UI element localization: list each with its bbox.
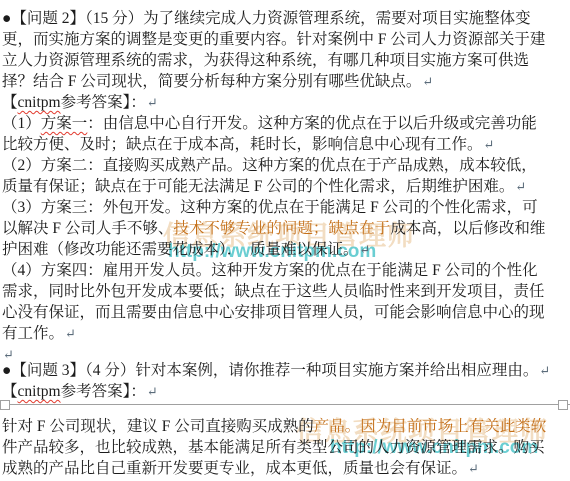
text-segment: 需求，同时比外包开发成本要低；缺点在于这些人员临时性来到开发项目，责任 — [2, 283, 545, 300]
text-segment: 立人力资源管理系统的需求，为获得这种系统，有哪几种项目实施方案可供选 — [2, 52, 529, 69]
text-line: 成熟的产品比自己重新开发要更专业，成本更低，质量也会有保证。↵ — [2, 460, 479, 477]
paragraph-mark-icon: ↵ — [421, 74, 433, 89]
text-segment: 针对 F 公司现状，建议 F 公司直接购买成熟的 — [2, 418, 314, 435]
text-line: 件产品较多，也比较成熟，基本能满足所有类型公司的人力资源管理需求。购买 — [2, 439, 545, 456]
text-segment: 【 — [2, 383, 18, 400]
text-line: 立人力资源管理系统的需求，为获得这种系统，有哪几种项目实施方案可供选 — [2, 52, 529, 69]
document-page: 信息系统项目管理师 http://www.cnitpm.com 信息系统项目管理… — [0, 0, 570, 481]
text-segment: （3）方案三：外包开发。这种方案的优点在于能满足 F 公司的个性化需求，可 — [2, 199, 538, 216]
paragraph-mark-icon: ↵ — [2, 347, 14, 362]
text-segment: 有工作。 — [2, 325, 64, 342]
text-segment: 件产品较多，也比较成熟，基本能满足所有类型公司的人力资源管理需求。购买 — [2, 439, 545, 456]
paragraph-mark-icon: ↵ — [467, 461, 479, 476]
text-line: ●【问题 2】（15 分）为了继续完成人力资源管理系统，需要对项目实施整体变 — [2, 10, 531, 27]
text-line: （3）方案三：外包开发。这种方案的优点在于能满足 F 公司的个性化需求，可 — [2, 199, 538, 216]
text-segment: 【 — [2, 94, 18, 111]
resize-handle-right[interactable] — [558, 400, 568, 410]
text-segment: 护困难（修改功能还需要花成本）． 质量难以保证。 — [2, 241, 359, 258]
text-line: ●【问题 3】（4 分）针对本案例，请你推荐一种项目实施方案并给出相应理由。↵ — [2, 362, 550, 379]
text-line: 针对 F 公司现状，建议 F 公司直接购买成熟的产品。因为目前市场上有关此类软 — [2, 418, 546, 435]
text-line: 【cnitpm参考答案】：↵ — [2, 383, 158, 400]
text-line: ↵ — [2, 346, 14, 363]
text-segment: 方案一 — [41, 115, 88, 132]
text-line: 质量有保证；缺点在于可能无法满足 F 公司的个性化需求，后期维护困难。↵ — [2, 178, 526, 195]
text-line: 护困难（修改功能还需要花成本）． 质量难以保证。↵ — [2, 241, 370, 258]
text-line: （2）方案二：直接购买成熟产品。这种方案的优点在于产品成熟，成本较低， — [2, 157, 537, 174]
text-segment: 比较方便、及时；缺点在于成本高，耗时长，影响信息中心现有工作。 — [2, 136, 483, 153]
text-segment: cnitpm — [18, 94, 61, 111]
text-line: 择？结合 F 公司现状，简要分析每种方案分别有哪些优缺点。↵ — [2, 73, 433, 90]
text-segment: 以解决 F 公司人手不够、 — [2, 220, 173, 237]
paragraph-mark-icon: ↵ — [146, 95, 158, 110]
text-line: 有工作。↵ — [2, 325, 76, 342]
watermark-tinted-text: 产品。因为目前市场上有关此类软 — [314, 418, 547, 435]
paragraph-mark-icon: ↵ — [514, 179, 526, 194]
text-segment: cnitpm — [18, 383, 61, 400]
text-segment: ●【问题 3】（4 分）针对本案例，请你推荐一种项目实施方案并给出相应理由。 — [2, 362, 538, 379]
text-line: 以解决 F 公司人手不够、技术不够专业的问题；缺点在于成本高，以后修改和维 — [2, 220, 545, 237]
text-segment: （2）方案二：直接购买成熟产品。这种方案的优点在于产品成熟，成本较低， — [2, 157, 537, 174]
text-line: 更，而实施方案的调整是变更的重要内容。针对案例中 F 公司人力资源部关于建 — [2, 31, 545, 48]
text-line: 心没有保证，而且需要由信息中心安排项目管理人员，可能会影响信息中心的现 — [2, 304, 545, 321]
text-line: 【cnitpm参考答案】：↵ — [2, 94, 158, 111]
text-segment: ●【问题 2】（15 分）为了继续完成人力资源管理系统，需要对项目实施整体变 — [2, 10, 531, 27]
text-line: 比较方便、及时；缺点在于成本高，耗时长，影响信息中心现有工作。↵ — [2, 136, 494, 153]
paragraph-mark-icon: ↵ — [538, 363, 550, 378]
text-segment: 心没有保证，而且需要由信息中心安排项目管理人员，可能会影响信息中心的现 — [2, 304, 545, 321]
resize-handle-left[interactable] — [0, 400, 10, 410]
text-segment: 更，而实施方案的调整是变更的重要内容。针对案例中 F 公司人力资源部关于建 — [2, 31, 545, 48]
paragraph-mark-icon: ↵ — [483, 137, 495, 152]
text-segment: （1） — [2, 115, 41, 132]
text-line: 需求，同时比外包开发成本要低；缺点在于这些人员临时性来到开发项目，责任 — [2, 283, 545, 300]
watermark-tinted-text: 技术不够专业的问题；缺点在于 — [173, 220, 390, 237]
text-segment: 参考答案】： — [61, 383, 146, 400]
text-line: （1）方案一：由信息中心自行开发。这种方案的优点在于以后升级或完善功能 — [2, 115, 537, 132]
paragraph-mark-icon: ↵ — [64, 326, 76, 341]
text-segment: 成熟的产品比自己重新开发要更专业，成本更低，质量也会有保证。 — [2, 460, 467, 477]
text-segment: 参考答案】： — [61, 94, 146, 111]
text-segment: 质量有保证；缺点在于可能无法满足 F 公司的个性化需求，后期维护困难。 — [2, 178, 514, 195]
paragraph-mark-icon: ↵ — [146, 384, 158, 399]
text-segment: ：由信息中心自行开发。这种方案的优点在于以后升级或完善功能 — [87, 115, 537, 132]
table-divider[interactable] — [0, 404, 570, 405]
text-segment: （4）方案四：雇用开发人员。这种开发方案的优点在于能满足 F 公司的个性化 — [2, 262, 538, 279]
text-segment: 成本高，以后修改和维 — [390, 220, 545, 237]
text-segment: 择？结合 F 公司现状，简要分析每种方案分别有哪些优缺点。 — [2, 73, 421, 90]
paragraph-mark-icon: ↵ — [359, 242, 371, 257]
text-line: （4）方案四：雇用开发人员。这种开发方案的优点在于能满足 F 公司的个性化 — [2, 262, 538, 279]
